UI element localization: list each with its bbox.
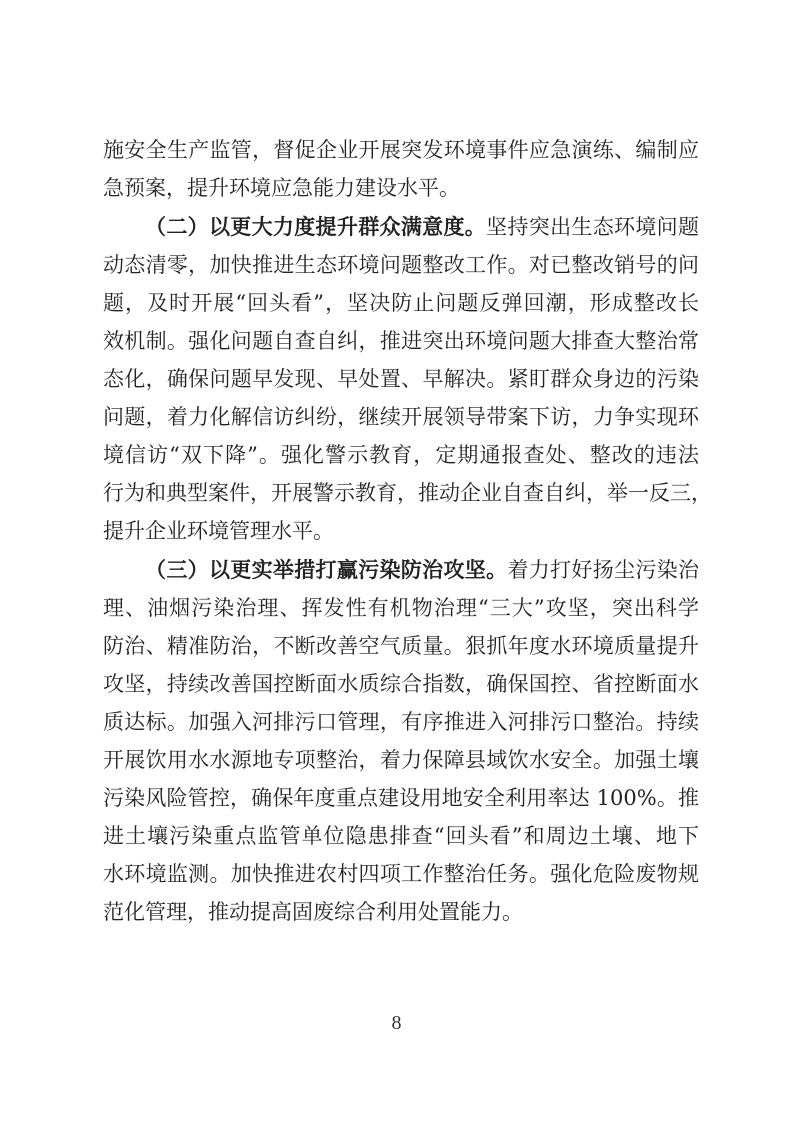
text-line: 境信访“双下降”。强化警示教育，定期通报查处、整改的违法 bbox=[103, 436, 699, 474]
text-line: 水环境监测。加快推进农村四项工作整治任务。强化危险废物规 bbox=[103, 855, 699, 893]
text-line: 急预案，提升环境应急能力建设水平。 bbox=[103, 169, 699, 207]
text-line: 攻坚，持续改善国控断面水质综合指数，确保国控、省控断面水 bbox=[103, 665, 699, 703]
text-span: 坚持突出生态环境问题 bbox=[486, 215, 699, 239]
section-heading-2: （二）以更大力度提升群众满意度。 bbox=[145, 214, 486, 239]
text-line: 进土壤污染重点监管单位隐患排查“回头看”和周边土壤、地下 bbox=[103, 817, 699, 855]
paragraph-first-line: （二）以更大力度提升群众满意度。坚持突出生态环境问题 bbox=[145, 208, 699, 246]
text-line: 施安全生产监管，督促企业开展突发环境事件应急演练、编制应 bbox=[103, 131, 699, 169]
section-heading-3: （三）以更实举措打赢污染防治攻坚。 bbox=[145, 557, 507, 582]
text-line: 提升企业环境管理水平。 bbox=[103, 512, 699, 550]
text-line: 行为和典型案件，开展警示教育，推动企业自查自纠，举一反三， bbox=[103, 474, 699, 512]
text-line: 问题，着力化解信访纠纷，继续开展领导带案下访，力争实现环 bbox=[103, 398, 699, 436]
text-line: 质达标。加强入河排污口管理，有序推进入河排污口整治。持续 bbox=[103, 703, 699, 741]
text-span: 着力打好扬尘污染治 bbox=[507, 558, 699, 582]
text-line: 题，及时开展“回头看”，坚决防止问题反弹回潮，形成整改长 bbox=[103, 284, 699, 322]
text-line: 污染风险管控，确保年度重点建设用地安全利用率达 100%。推 bbox=[103, 779, 699, 817]
text-line: 效机制。强化问题自查自纠，推进突出环境问题大排查大整治常 bbox=[103, 322, 699, 360]
text-line: 动态清零，加快推进生态环境问题整改工作。对已整改销号的问 bbox=[103, 246, 699, 284]
page-number: 8 bbox=[0, 1012, 793, 1035]
document-page: 施安全生产监管，督促企业开展突发环境事件应急演练、编制应 急预案，提升环境应急能… bbox=[0, 0, 793, 1121]
text-line: 态化，确保问题早发现、早处置、早解决。紧盯群众身边的污染 bbox=[103, 360, 699, 398]
text-line: 防治、精准防治，不断改善空气质量。狠抓年度水环境质量提升 bbox=[103, 627, 699, 665]
text-line: 范化管理，推动提高固废综合利用处置能力。 bbox=[103, 893, 699, 931]
text-line: 开展饮用水水源地专项整治，着力保障县域饮水安全。加强土壤 bbox=[103, 741, 699, 779]
text-line: 理、油烟污染治理、挥发性有机物治理“三大”攻坚，突出科学 bbox=[103, 589, 699, 627]
paragraph-first-line: （三）以更实举措打赢污染防治攻坚。着力打好扬尘污染治 bbox=[145, 551, 699, 589]
